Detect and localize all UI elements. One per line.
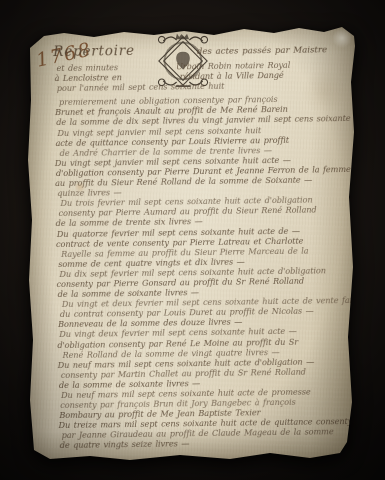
manuscript-text-block: Repertoiredes actes passés par Maistreet… [53, 40, 353, 451]
manuscript-line-text: Repertoire [53, 43, 135, 61]
manuscript-line-text: pour l'année mil sept cens soixante huit [57, 81, 225, 93]
paper-shadow-wrap: 1768 Repertoiredes actes passés par Mai [0, 0, 385, 480]
manuscript-line-text-right: des actes passés par Maistre [197, 42, 327, 61]
manuscript-page: 1768 Repertoiredes actes passés par Mai [24, 22, 356, 462]
archive-photo-background: 1768 Repertoiredes actes passés par Mai [0, 0, 385, 480]
manuscript-line-text: de quatre vingts seize livres — [60, 439, 190, 451]
